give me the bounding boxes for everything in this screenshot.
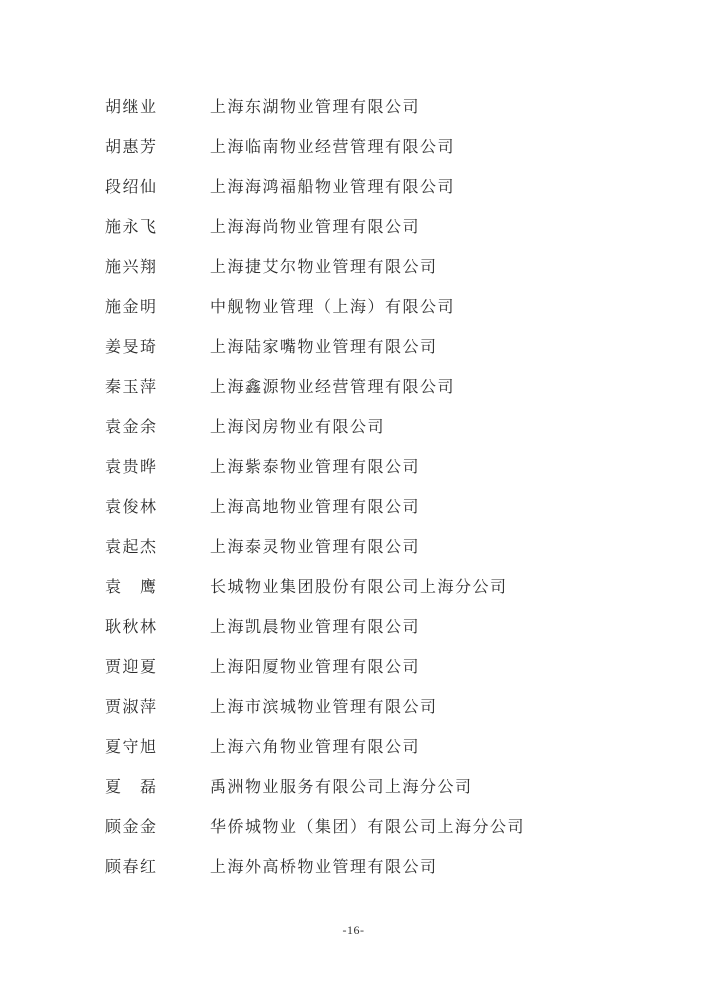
company-name: 禹洲物业服务有限公司上海分公司 — [210, 779, 667, 797]
person-name: 袁金余 — [105, 419, 210, 437]
person-name: 施永飞 — [105, 219, 210, 237]
roster-row: 夏守旭 上海六角物业管理有限公司 — [105, 739, 667, 779]
roster-row: 夏 磊 禹洲物业服务有限公司上海分公司 — [105, 779, 667, 819]
company-name: 上海凯晨物业管理有限公司 — [210, 619, 667, 637]
roster-row: 耿秋林 上海凯晨物业管理有限公司 — [105, 619, 667, 659]
company-name: 上海高地物业管理有限公司 — [210, 499, 667, 517]
roster-row: 施兴翔 上海捷艾尔物业管理有限公司 — [105, 259, 667, 299]
company-name: 上海紫泰物业管理有限公司 — [210, 459, 667, 477]
person-name: 夏 磊 — [105, 779, 210, 797]
roster-row: 袁 鹰 长城物业集团股份有限公司上海分公司 — [105, 579, 667, 619]
person-name: 袁 鹰 — [105, 579, 210, 597]
roster: 胡继业 上海东湖物业管理有限公司 胡惠芳 上海临南物业经营管理有限公司 段绍仙 … — [105, 99, 667, 899]
roster-row: 施永飞 上海海尚物业管理有限公司 — [105, 219, 667, 259]
person-name: 袁起杰 — [105, 539, 210, 557]
company-name: 上海鑫源物业经营管理有限公司 — [210, 379, 667, 397]
roster-row: 贾迎夏 上海阳厦物业管理有限公司 — [105, 659, 667, 699]
person-name: 夏守旭 — [105, 739, 210, 757]
company-name: 中舰物业管理（上海）有限公司 — [210, 299, 667, 317]
company-name: 上海六角物业管理有限公司 — [210, 739, 667, 757]
company-name: 上海捷艾尔物业管理有限公司 — [210, 259, 667, 277]
roster-row: 袁金余 上海闵房物业有限公司 — [105, 419, 667, 459]
company-name: 华侨城物业（集团）有限公司上海分公司 — [210, 819, 667, 837]
person-name: 耿秋林 — [105, 619, 210, 637]
page-number: -16- — [343, 923, 365, 937]
company-name: 上海海尚物业管理有限公司 — [210, 219, 667, 237]
company-name: 上海阳厦物业管理有限公司 — [210, 659, 667, 677]
person-name: 袁俊林 — [105, 499, 210, 517]
company-name: 上海海鸿福船物业管理有限公司 — [210, 179, 667, 197]
person-name: 段绍仙 — [105, 179, 210, 197]
company-name: 上海临南物业经营管理有限公司 — [210, 139, 667, 157]
roster-row: 贾淑萍 上海市滨城物业管理有限公司 — [105, 699, 667, 739]
person-name: 施兴翔 — [105, 259, 210, 277]
person-name: 秦玉萍 — [105, 379, 210, 397]
page-footer: -16- — [0, 921, 707, 939]
roster-row: 段绍仙 上海海鸿福船物业管理有限公司 — [105, 179, 667, 219]
person-name: 施金明 — [105, 299, 210, 317]
person-name: 袁贵晔 — [105, 459, 210, 477]
roster-row: 袁起杰 上海泰灵物业管理有限公司 — [105, 539, 667, 579]
roster-row: 袁贵晔 上海紫泰物业管理有限公司 — [105, 459, 667, 499]
document-page: 胡继业 上海东湖物业管理有限公司 胡惠芳 上海临南物业经营管理有限公司 段绍仙 … — [0, 0, 707, 1000]
roster-row: 顾金金 华侨城物业（集团）有限公司上海分公司 — [105, 819, 667, 859]
roster-row: 施金明 中舰物业管理（上海）有限公司 — [105, 299, 667, 339]
company-name: 上海陆家嘴物业管理有限公司 — [210, 339, 667, 357]
person-name: 贾迎夏 — [105, 659, 210, 677]
company-name: 上海闵房物业有限公司 — [210, 419, 667, 437]
roster-row: 姜旻琦 上海陆家嘴物业管理有限公司 — [105, 339, 667, 379]
company-name: 上海外高桥物业管理有限公司 — [210, 859, 667, 877]
person-name: 顾金金 — [105, 819, 210, 837]
roster-row: 顾春红 上海外高桥物业管理有限公司 — [105, 859, 667, 899]
person-name: 顾春红 — [105, 859, 210, 877]
person-name: 贾淑萍 — [105, 699, 210, 717]
person-name: 姜旻琦 — [105, 339, 210, 357]
roster-row: 袁俊林 上海高地物业管理有限公司 — [105, 499, 667, 539]
person-name: 胡惠芳 — [105, 139, 210, 157]
roster-row: 秦玉萍 上海鑫源物业经营管理有限公司 — [105, 379, 667, 419]
person-name: 胡继业 — [105, 99, 210, 117]
company-name: 上海泰灵物业管理有限公司 — [210, 539, 667, 557]
company-name: 上海东湖物业管理有限公司 — [210, 99, 667, 117]
roster-row: 胡惠芳 上海临南物业经营管理有限公司 — [105, 139, 667, 179]
company-name: 长城物业集团股份有限公司上海分公司 — [210, 579, 667, 597]
roster-row: 胡继业 上海东湖物业管理有限公司 — [105, 99, 667, 139]
company-name: 上海市滨城物业管理有限公司 — [210, 699, 667, 717]
